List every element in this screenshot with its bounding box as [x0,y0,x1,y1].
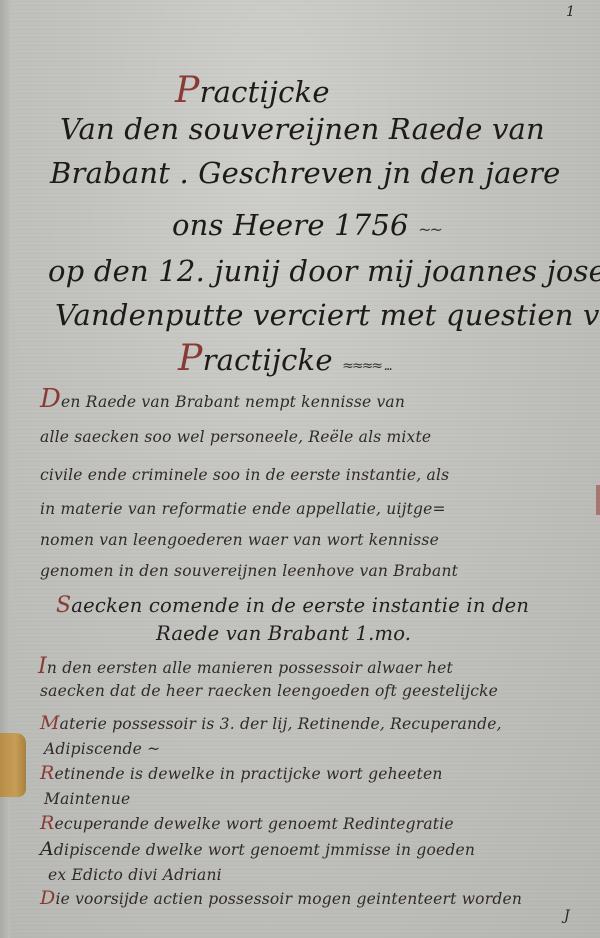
title-line-1: Practijcke [175,68,330,111]
red-initial: M [40,712,60,734]
title-line-3: Brabant . Geschreven jn den jaere [50,156,560,190]
intro-line-4: in materie van reformatie ende appellati… [40,500,446,518]
title-line-2: Van den souvereijnen Raede van [60,112,545,146]
section-line-2: saecken dat de heer raecken leengoeden o… [40,682,498,700]
section-line-5: Retinende is dewelke in practijcke wort … [40,762,443,784]
red-initial: S [56,593,71,618]
title-line-6: Vandenputte verciert met questien van [55,298,600,332]
flourish: ≈≈≈≈ ... [342,358,391,374]
paper-tape-tab [0,733,26,797]
intro-line-5: nomen van leengoederen waer van wort ken… [40,531,439,549]
decorated-initial: P [175,68,200,111]
section-line-6: Maintenue [44,790,130,808]
page-number-bottom: J [564,908,570,924]
section-line-4: Adipiscende ~ [44,740,160,758]
section-heading-line-2: Raede van Brabant 1.mo. [156,622,411,645]
red-initial: R [40,762,55,784]
section-heading-line-1: Saecken comende in de eerste instantie i… [56,593,529,618]
initial: A [40,838,54,860]
title-line-4: ons Heere 1756 ~~ [172,208,441,242]
section-line-1: In den eersten alle manieren possessoir … [38,654,453,679]
intro-line-3: civile ende criminele soo in de eerste i… [40,466,449,484]
decorated-initial: P [178,336,203,379]
red-initial: R [40,812,55,834]
title-line-7: Practijcke ≈≈≈≈ ... [178,336,391,379]
title-line-5: op den 12. junij door mij joannes joseph… [48,254,600,288]
section-line-9: ex Edicto divi Adriani [48,866,222,884]
intro-line-6: genomen in den souvereijnen leenhove van… [40,562,458,580]
section-line-8: Adipiscende dwelke wort genoemt jmmisse … [40,838,475,860]
section-line-3: Materie possessoir is 3. der lij, Retine… [40,712,502,734]
page-number-top: 1 [566,4,575,20]
manuscript-page: 1 Practijcke Van den souvereijnen Raede … [0,0,600,938]
red-ink-mark [596,485,600,515]
flourish: ~~ [418,220,441,239]
section-line-10: Die voorsijde actien possessoir mogen ge… [40,887,522,909]
red-initial: D [40,887,55,909]
red-initial: I [38,654,47,679]
intro-line-1: Den Raede van Brabant nempt kennisse van [40,384,405,414]
red-initial: D [40,384,61,414]
section-line-7: Recuperande dewelke wort genoemt Redinte… [40,812,454,834]
page-left-edge [0,0,10,938]
intro-line-2: alle saecken soo wel personeele, Reële a… [40,428,431,446]
